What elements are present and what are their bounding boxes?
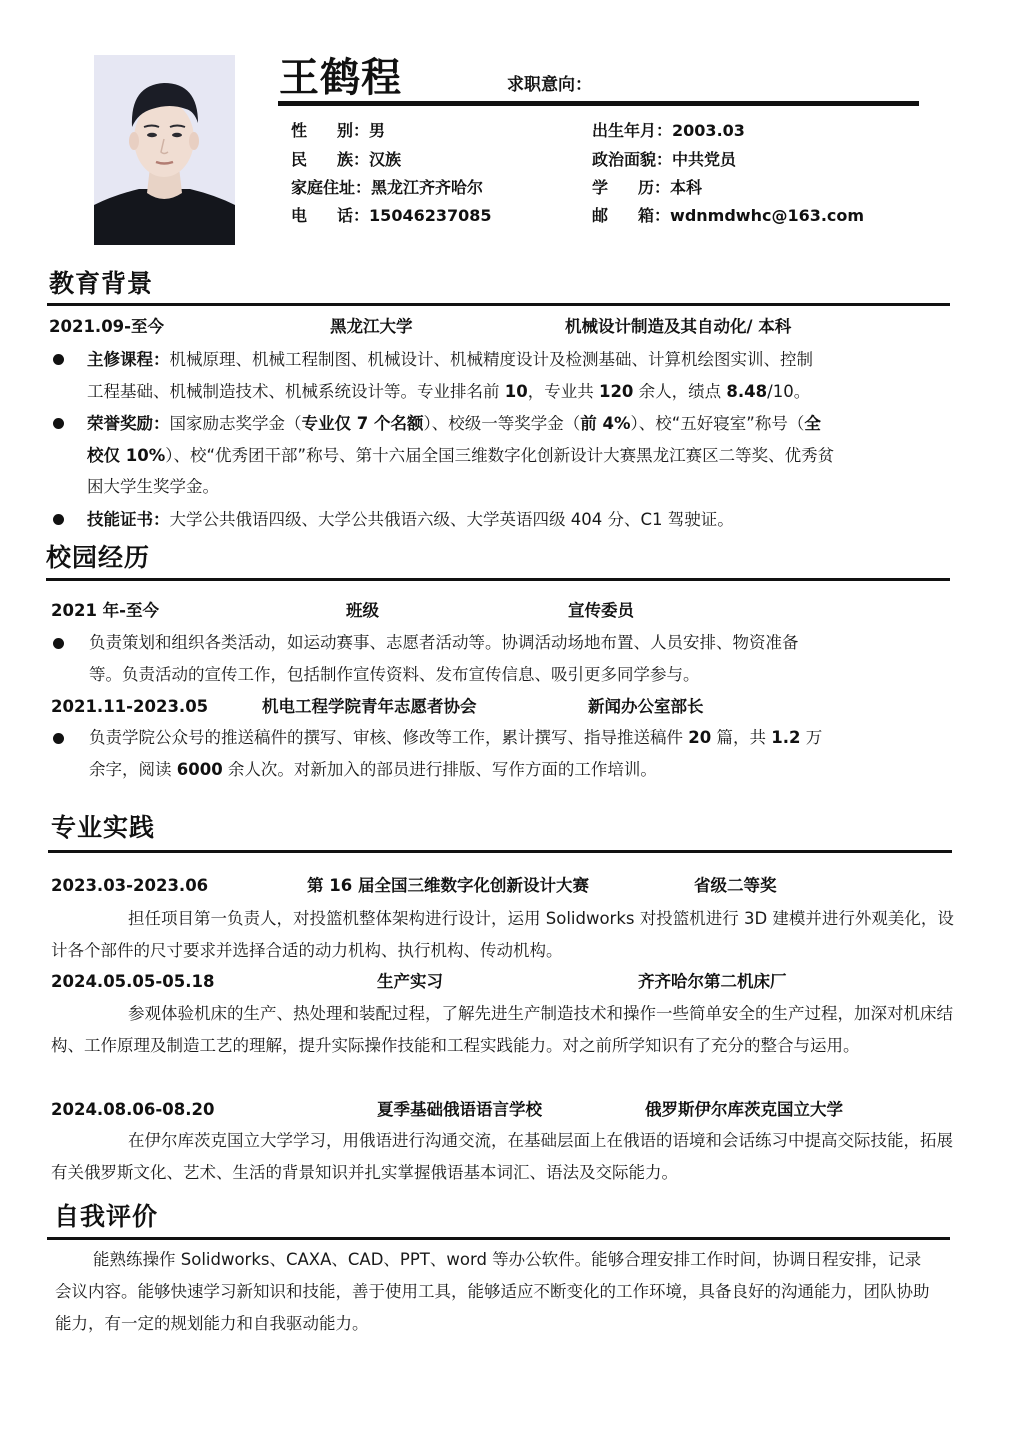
info-label-ethnicity: 民族	[291, 149, 353, 171]
practice-desc-1: 担任项目第一负责人，对投篮机整体架构进行设计，运用 Solidworks 对投篮…	[51, 903, 969, 967]
campus-org-1: 班级	[346, 600, 379, 622]
info-value-degree: 本科	[670, 178, 702, 197]
practice-desc-2: 参观体验机床的生产、热处理和装配过程，了解先进生产制造技术和操作一些简单安全的生…	[51, 998, 969, 1062]
section-title-campus: 校园经历	[46, 542, 150, 574]
practice-period-2: 2024.05.05-05.18	[51, 971, 214, 993]
bullet-icon	[53, 638, 64, 649]
bullet-icon	[53, 354, 64, 365]
campus-period-2: 2021.11-2023.05	[51, 696, 208, 718]
section-title-self-eval: 自我评价	[54, 1201, 158, 1233]
info-value-gender: 男	[369, 121, 385, 140]
self-eval-text: 能熟练操作 Solidworks、CAXA、CAD、PPT、word 等办公软件…	[55, 1244, 935, 1340]
info-value-political: 中共党员	[672, 150, 736, 169]
practice-period-1: 2023.03-2023.06	[51, 875, 208, 897]
practice-result-3: 俄罗斯伊尔库茨克国立大学	[645, 1099, 843, 1121]
practice-name-1: 第 16 届全国三维数字化创新设计大赛	[307, 875, 589, 897]
info-value-phone: 15046237085	[369, 206, 491, 225]
bullet-icon	[53, 514, 64, 525]
practice-period-3: 2024.08.06-08.20	[51, 1099, 214, 1121]
info-address: 家庭住址：黑龙江齐齐哈尔	[291, 177, 483, 199]
section-divider-practice	[48, 850, 952, 853]
info-degree: 学历：本科	[592, 177, 702, 199]
practice-result-2: 齐齐哈尔第二机床厂	[638, 971, 787, 993]
certificates-label: 技能证书：	[87, 510, 170, 529]
info-gender: 性别：男	[291, 120, 385, 142]
section-divider-education	[47, 303, 950, 306]
section-divider-campus	[46, 578, 950, 581]
header-divider	[278, 101, 919, 106]
info-birth: 出生年月：2003.03	[592, 120, 745, 142]
course-list: 主修课程：机械原理、机械工程制图、机械设计、机械精度设计及检测基础、计算机绘图实…	[87, 344, 967, 407]
info-phone: 电话：15046237085	[291, 205, 492, 227]
info-label-email: 邮箱	[592, 205, 654, 227]
campus-desc-1: 负责策划和组织各类活动，如运动赛事、志愿者活动等。协调活动场地布置、人员安排、物…	[89, 627, 969, 690]
practice-name-3: 夏季基础俄语语言学校	[377, 1099, 542, 1121]
info-value-email[interactable]: wdnmdwhc@163.com	[670, 206, 864, 225]
campus-role-1: 宣传委员	[568, 600, 634, 622]
education-major: 机械设计制造及其自动化/ 本科	[565, 316, 791, 338]
course-label: 主修课程：	[87, 350, 170, 369]
education-period: 2021.09-至今	[49, 316, 164, 338]
section-divider-self-eval	[47, 1237, 950, 1240]
person-portrait-icon	[94, 55, 235, 245]
job-intent-label: 求职意向：	[507, 74, 592, 96]
bullet-icon	[53, 733, 64, 744]
info-label-phone: 电话	[291, 205, 353, 227]
honors-label: 荣誉奖励：	[87, 414, 170, 433]
education-school: 黑龙江大学	[330, 316, 413, 338]
info-ethnicity: 民族：汉族	[291, 149, 401, 171]
practice-desc-3: 在伊尔库茨克国立大学学习，用俄语进行沟通交流，在基础层面上在俄语的语境和会话练习…	[51, 1125, 969, 1189]
campus-org-2: 机电工程学院青年志愿者协会	[262, 696, 477, 718]
candidate-name: 王鹤程	[279, 54, 402, 102]
profile-photo	[94, 55, 235, 245]
info-value-address: 黑龙江齐齐哈尔	[371, 178, 483, 197]
info-label-degree: 学历	[592, 177, 654, 199]
practice-name-2: 生产实习	[377, 971, 443, 993]
campus-role-2: 新闻办公室部长	[588, 696, 704, 718]
practice-result-1: 省级二等奖	[694, 875, 777, 897]
honors-list: 荣誉奖励：国家励志奖学金（专业仅 7 个名额）、校级一等奖学金（前 4%）、校“…	[87, 408, 967, 503]
certificates-list: 技能证书：大学公共俄语四级、大学公共俄语六级、大学英语四级 404 分、C1 驾…	[87, 504, 967, 536]
info-value-birth: 2003.03	[672, 121, 745, 140]
info-political: 政治面貌：中共党员	[592, 149, 736, 171]
info-label-political: 政治面貌	[592, 149, 656, 171]
info-label-birth: 出生年月	[592, 120, 656, 142]
info-label-gender: 性别	[291, 120, 353, 142]
bullet-icon	[53, 418, 64, 429]
campus-desc-2: 负责学院公众号的推送稿件的撰写、审核、修改等工作，累计撰写、指导推送稿件 20 …	[89, 722, 969, 785]
section-title-education: 教育背景	[49, 268, 153, 300]
campus-period-1: 2021 年-至今	[51, 600, 159, 622]
info-email: 邮箱：wdnmdwhc@163.com	[592, 205, 864, 227]
info-value-ethnicity: 汉族	[369, 150, 401, 169]
section-title-practice: 专业实践	[51, 812, 155, 844]
info-label-address: 家庭住址	[291, 177, 355, 199]
